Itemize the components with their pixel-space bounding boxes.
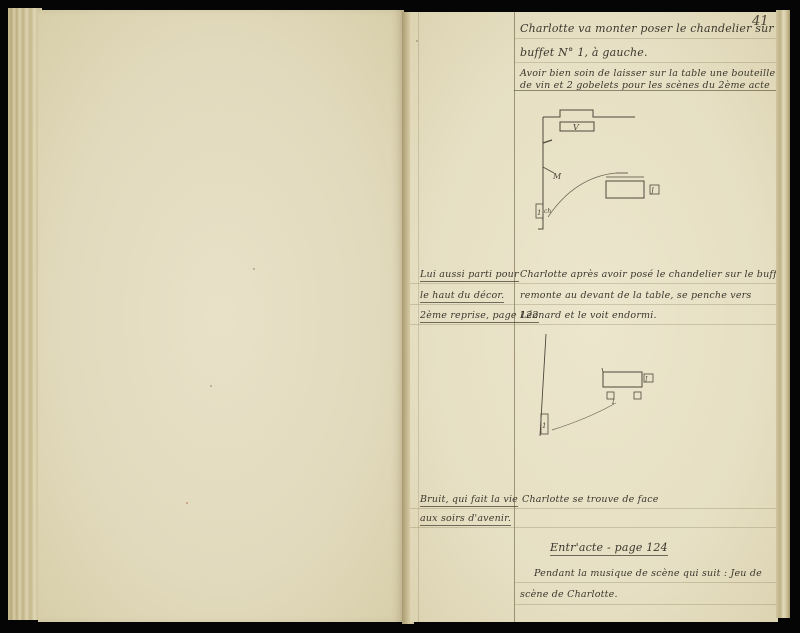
ruled-line (410, 304, 776, 305)
block-2-line: Charlotte après avoir posé le chandelier… (520, 269, 790, 280)
paper-speck (210, 385, 212, 387)
paper-speck (253, 268, 255, 270)
margin-note-line: Lui aussi parti pour (420, 269, 519, 282)
svg-text:M: M (552, 172, 562, 181)
ruled-line (514, 582, 776, 583)
ruled-line (410, 324, 776, 325)
main-text-line: Avoir bien soin de laisser sur la table … (520, 68, 775, 79)
stage-plan-diagram-1: V M J 1 ch (520, 107, 670, 237)
svg-text:ch: ch (544, 208, 551, 215)
ruled-line (410, 527, 776, 528)
ruled-line (410, 283, 776, 284)
svg-text:1: 1 (537, 209, 541, 217)
right-page: 41 Charlotte va monter poser le chandeli… (410, 12, 778, 622)
svg-text:L: L (611, 399, 616, 406)
left-page-edges (8, 8, 42, 620)
paper-speck (416, 40, 418, 42)
closing-line: Pendant la musique de scène qui suit : J… (534, 568, 762, 579)
ruled-line (514, 604, 776, 605)
margin-note-line: Bruit, qui fait la vie (420, 494, 518, 507)
left-page-blank (38, 10, 404, 622)
main-text-line: de vin et 2 gobelets pour les scènes du … (520, 80, 770, 91)
block-3-line: Charlotte se trouve de face (522, 494, 659, 505)
svg-text:1: 1 (542, 422, 546, 430)
ruled-line (410, 508, 776, 509)
entracte-heading: Entr'acte - page 124 (550, 541, 668, 556)
block-2-line: Léonard et le voit endormi. (520, 310, 657, 321)
block-2-line: remonte au devant de la table, se penche… (520, 290, 752, 301)
closing-line: scène de Charlotte. (520, 589, 618, 600)
paper-speck (186, 502, 188, 504)
margin-note-line: le haut du décor. (420, 290, 504, 303)
inner-margin-line (418, 12, 419, 622)
ruled-line (514, 62, 776, 63)
stage-plan-diagram-2: 1 L J (532, 334, 662, 444)
main-text-line: Charlotte va monter poser le chandelier … (520, 22, 788, 35)
open-notebook: 41 Charlotte va monter poser le chandeli… (0, 0, 800, 633)
main-text-line: buffet N° 1, à gauche. (520, 46, 648, 59)
ruled-line (514, 38, 776, 39)
margin-note-line: aux soirs d'avenir. (420, 513, 511, 526)
right-page-edges (776, 10, 790, 618)
